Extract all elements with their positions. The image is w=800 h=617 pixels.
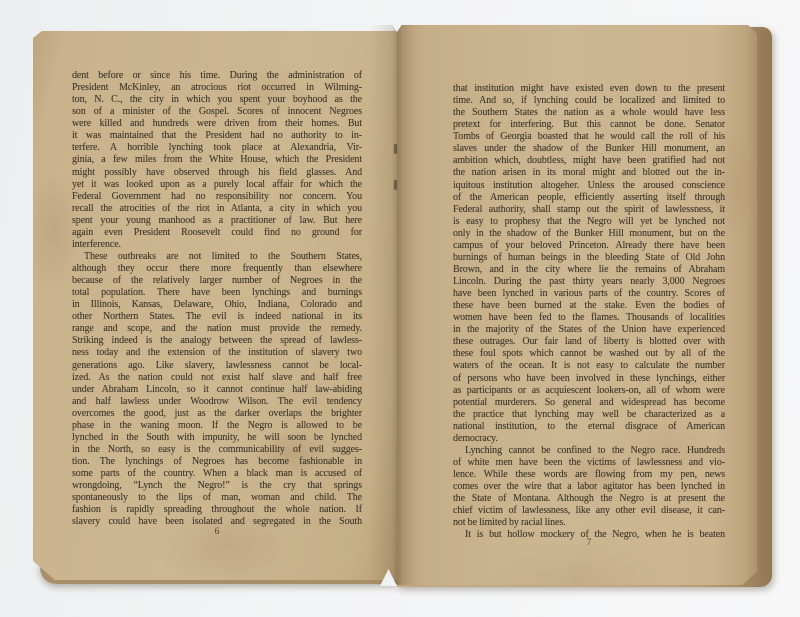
text-line: only in the shadow of the Bunker Hill mo… [453, 228, 725, 240]
text-line: lence. While these words are flowing fro… [453, 469, 725, 481]
text-line: son of a minister of the Gospel. Scores … [72, 106, 362, 118]
page-text-right: that institution might have existed even… [453, 83, 725, 541]
text-line: in Illinois, Kansas, Delaware, Ohio, Ind… [72, 299, 362, 311]
text-line: Brown, and in the city where lie the rem… [453, 264, 725, 276]
text-line: the State of Montana. Although the Negro… [453, 493, 725, 505]
text-line: as participants or as acquiescent looker… [453, 385, 725, 397]
text-line: Federal Government had no responsibility… [72, 191, 362, 203]
text-line: have been lynched in various parts of th… [453, 288, 725, 300]
text-line: ambition which, doubtless, might have be… [453, 155, 725, 167]
text-line: tion. The lynchings of Negroes has becom… [72, 456, 362, 468]
text-line: waters of the ocean. It is not easy to c… [453, 360, 725, 372]
text-line: lynched in the South with impunity, he w… [72, 432, 362, 444]
text-line: of the American people, efficiently asse… [453, 192, 725, 204]
text-line: pretext for interfering. But this cannot… [453, 119, 725, 131]
text-line: terfere. A horrible lynching took place … [72, 142, 362, 154]
text-line: ton, N. C., the city in which you spent … [72, 94, 362, 106]
text-line: of white men have been the victims of la… [453, 457, 725, 469]
text-line: comes over the wire that a labor agitato… [453, 481, 725, 493]
staple-bottom [394, 180, 397, 189]
text-line: President McKinley, an atrocious riot oc… [72, 82, 362, 94]
text-line: spontaneously to the lips of man, woman … [72, 492, 362, 504]
text-line: some parts of the country. When a black … [72, 468, 362, 480]
text-line: the nation arisen in its moral might and… [453, 167, 725, 179]
text-line: women have been fed to the flames. Thous… [453, 312, 725, 324]
text-line: range and scope, and the nation must pro… [72, 323, 362, 335]
text-line: these foul spots which cannot be washed … [453, 348, 725, 360]
text-line: ness today and the extension of the inst… [72, 347, 362, 359]
text-line: generations ago. Like slavery, lawlessne… [72, 360, 362, 372]
page-text-left: dent before or since his time. During th… [72, 70, 362, 528]
text-line: not be limited by racial lines. [453, 517, 725, 529]
text-line: slaves under the shadow of the Bunker Hi… [453, 143, 725, 155]
text-line: again even President Roosevelt could fin… [72, 227, 362, 239]
text-line: potential murderers. So general and wide… [453, 397, 725, 409]
text-line: ginia, a few miles from the White House,… [72, 154, 362, 166]
text-line: ized. As the nation could not exist half… [72, 372, 362, 384]
text-line: these outrages. Our fair land of liberty… [453, 336, 725, 348]
left-page-number: 6 [72, 527, 362, 537]
left-page: dent before or since his time. During th… [33, 31, 397, 580]
text-line: of persons who have been involved in the… [453, 373, 725, 385]
text-line: interference. [72, 239, 362, 251]
text-line: in the majority of the States of the Uni… [453, 324, 725, 336]
text-line: although they occur there more frequentl… [72, 263, 362, 275]
text-line: phase in the waning moon. If the Negro i… [72, 420, 362, 432]
text-line: were killed and hundreds were driven fro… [72, 118, 362, 130]
text-line: it was maintained that the President had… [72, 130, 362, 142]
text-line: Lincoln. During the past thirty years ne… [453, 276, 725, 288]
text-line: iquitous institution altogeher. Unless t… [453, 180, 725, 192]
text-line: Striking indeed is the analogy between t… [72, 335, 362, 347]
text-line: the practice that lynching may well be c… [453, 409, 725, 421]
text-line: the Southern States the nation as a whol… [453, 107, 725, 119]
text-line: time. And so, if lynching could be local… [453, 95, 725, 107]
text-line: campus of your beloved Princeton. Alread… [453, 240, 725, 252]
text-line: total population. There have been lynchi… [72, 287, 362, 299]
text-line: Tombs of Georgia boasted that he would c… [453, 131, 725, 143]
book-scan: dent before or since his time. During th… [0, 0, 800, 617]
text-line: might possibly have observed through his… [72, 167, 362, 179]
text-line: dent before or since his time. During th… [72, 70, 362, 82]
text-line: these have been burned at the stake. Eve… [453, 300, 725, 312]
text-line: recall the atrocities of the riot in Atl… [72, 203, 362, 215]
text-line: overcomes the good, just as the darker o… [72, 408, 362, 420]
text-line: is easy to prophesy that the Negro will … [453, 216, 725, 228]
text-line: democracy. [453, 433, 725, 445]
text-line: wrongdoing, “Lynch the Negro!” is the cr… [72, 480, 362, 492]
text-line: under Abraham Lincoln, so it cannot cont… [72, 384, 362, 396]
staple-top [394, 144, 397, 153]
right-page: that institution might have existed even… [397, 25, 757, 585]
text-line: in the North, so easy is the communicabi… [72, 444, 362, 456]
text-line: national institution, to the eternal dis… [453, 421, 725, 433]
text-line: burnings of human beings in the bleeding… [453, 252, 725, 264]
text-line: chief victim of lawlessness, like any ot… [453, 505, 725, 517]
text-line: spent your young manhood as a practition… [72, 215, 362, 227]
text-line: other Northern States. The evil is indee… [72, 311, 362, 323]
text-line: and half lawless under Woodrow Wilson. T… [72, 396, 362, 408]
text-line: yet it was looked upon as a purely local… [72, 179, 362, 191]
text-line: that institution might have existed even… [453, 83, 725, 95]
text-line: Federal authority, shall stamp out the s… [453, 204, 725, 216]
text-line: These outbreaks are not limited to the S… [72, 251, 362, 263]
text-line: fashion is rapidly spreading throughout … [72, 504, 362, 516]
right-page-number: 7 [453, 538, 725, 548]
text-line: Lynching cannot be confined to the Negro… [453, 445, 725, 457]
text-line: because of the relatively larger number … [72, 275, 362, 287]
